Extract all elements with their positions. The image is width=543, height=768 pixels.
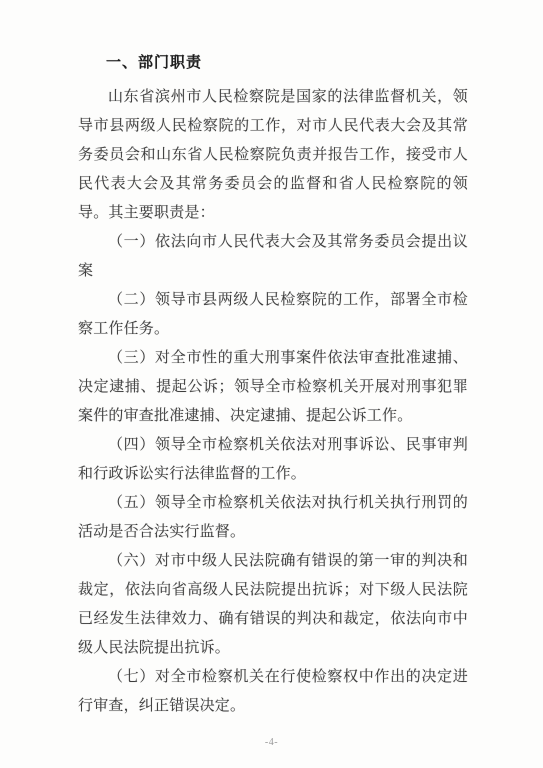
- document-body: 一、部门职责 山东省滨州市人民检察院是国家的法律监督机关，领导市县两级人民检察院…: [78, 48, 468, 721]
- paragraph-item-6: （六）对市中级人民法院确有错误的第一审的判决和裁定，依法向省高级人民法院提出抗诉…: [78, 547, 468, 663]
- paragraph-item-1: （一）依法向市人民代表大会及其常务委员会提出议案: [78, 228, 468, 286]
- page-number: -4-: [0, 736, 543, 750]
- paragraph-intro: 山东省滨州市人民检察院是国家的法律监督机关，领导市县两级人民检察院的工作，对市人…: [78, 83, 468, 228]
- paragraph-item-3: （三）对全市性的重大刑事案件依法审查批准逮捕、决定逮捕、提起公诉；领导全市检察机…: [78, 344, 468, 431]
- section-heading: 一、部门职责: [106, 48, 468, 77]
- paragraph-item-5: （五）领导全市检察机关依法对执行机关执行刑罚的活动是否合法实行监督。: [78, 489, 468, 547]
- paragraph-item-4: （四）领导全市检察机关依法对刑事诉讼、民事审判和行政诉讼实行法律监督的工作。: [78, 431, 468, 489]
- paragraph-item-2: （二）领导市县两级人民检察院的工作，部署全市检察工作任务。: [78, 286, 468, 344]
- document-page: 一、部门职责 山东省滨州市人民检察院是国家的法律监督机关，领导市县两级人民检察院…: [0, 0, 543, 768]
- paragraph-item-7: （七）对全市检察机关在行使检察权中作出的决定进行审查，纠正错误决定。: [78, 663, 468, 721]
